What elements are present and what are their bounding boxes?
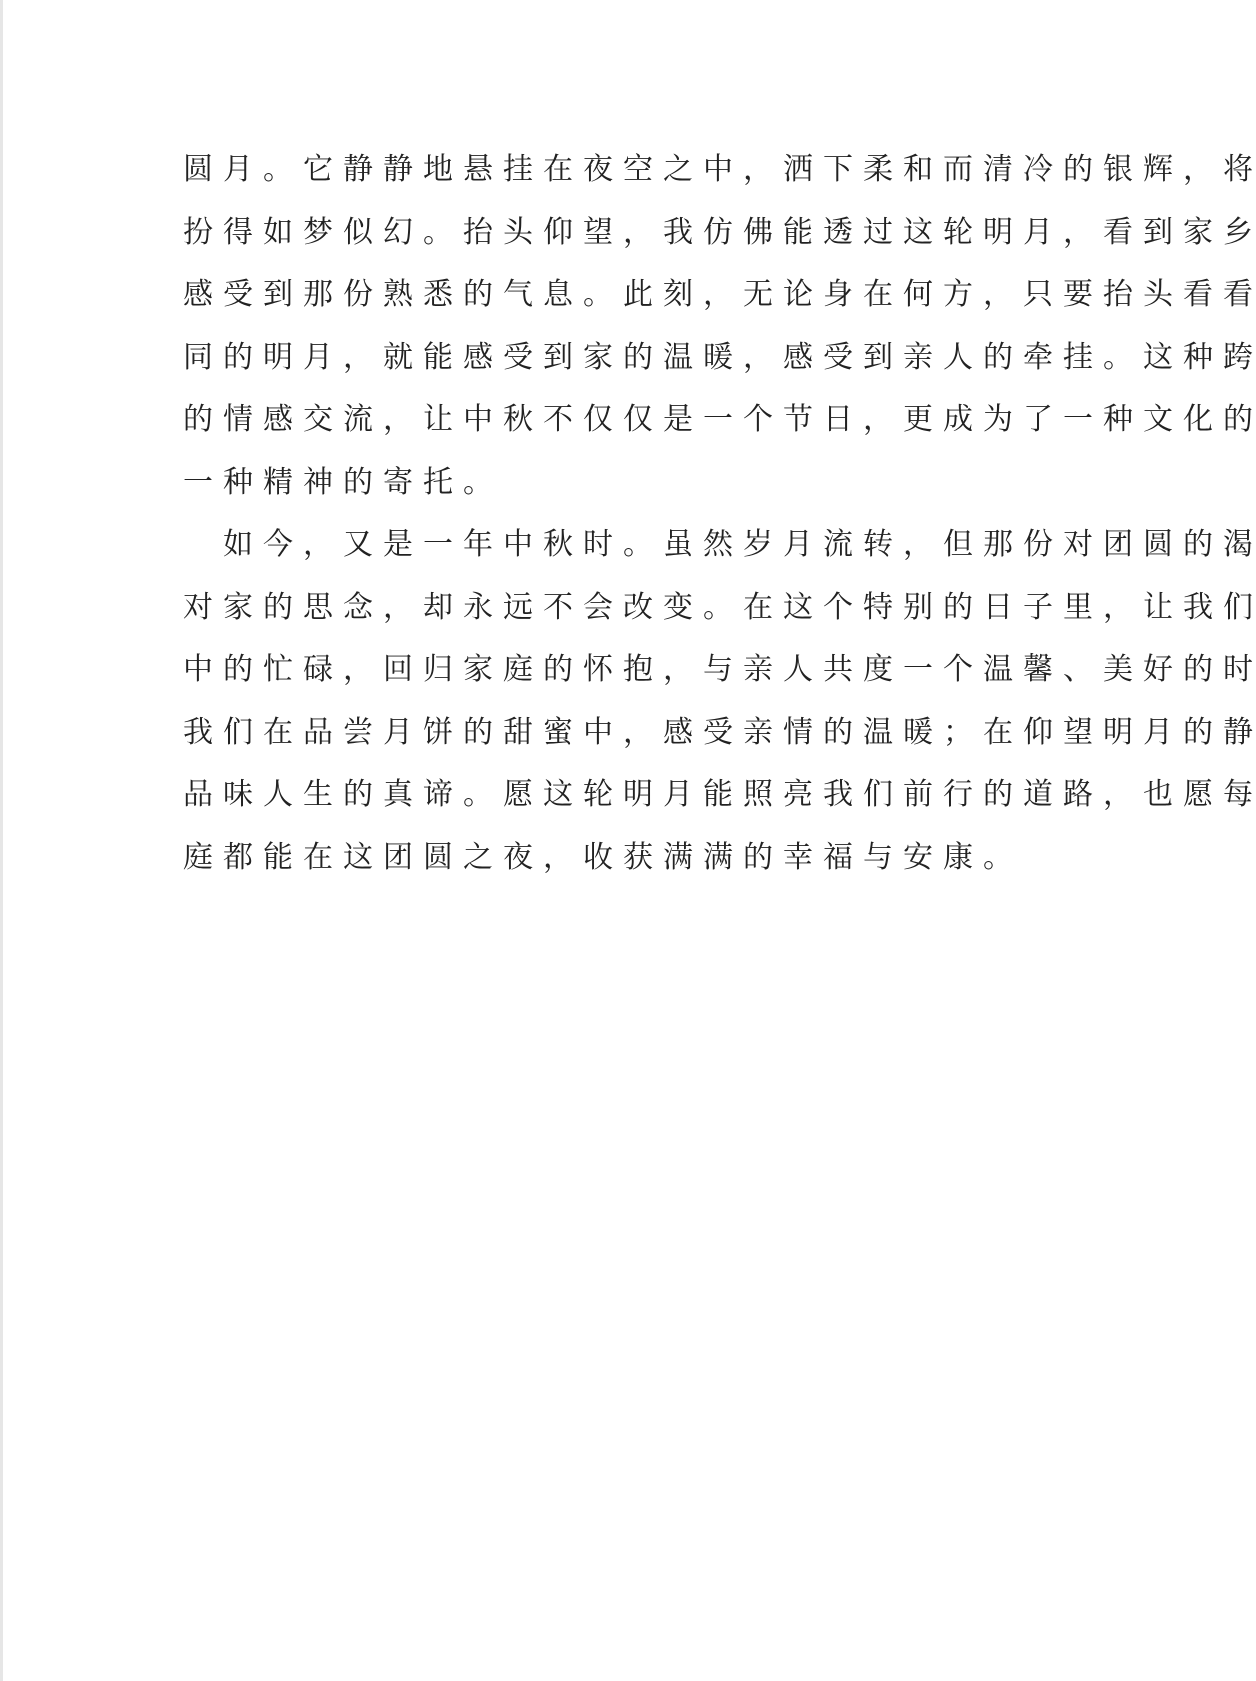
- paragraph-2: 如今，又是一年中秋时。虽然岁月流转，但那份对团圆的渴望， 对家的思念，却永远不会…: [183, 525, 1003, 900]
- text-line: 中的忙碌，回归家庭的怀抱，与亲人共度一个温馨、美好的时光。让: [183, 650, 1003, 713]
- text-line: 圆月。它静静地悬挂在夜空之中，洒下柔和而清冷的银辉，将大地装: [183, 150, 1003, 213]
- text-line: 同的明月，就能感受到家的温暖，感受到亲人的牵挂。这种跨越时空: [183, 338, 1003, 401]
- document-body: 圆月。它静静地悬挂在夜空之中，洒下柔和而清冷的银辉，将大地装 扮得如梦似幻。抬头…: [183, 150, 1003, 900]
- text-line: 一种精神的寄托。: [183, 463, 1003, 526]
- page-left-edge-divider: [0, 0, 3, 1681]
- text-line: 庭都能在这团圆之夜，收获满满的幸福与安康。: [183, 838, 1003, 901]
- text-line: 感受到那份熟悉的气息。此刻，无论身在何方，只要抬头看看那轮共: [183, 275, 1003, 338]
- text-line: 我们在品尝月饼的甜蜜中，感受亲情的温暖；在仰望明月的静谧中，: [183, 713, 1003, 776]
- text-line: 品味人生的真谛。愿这轮明月能照亮我们前行的道路，也愿每一个家: [183, 775, 1003, 838]
- text-line: 扮得如梦似幻。抬头仰望，我仿佛能透过这轮明月，看到家乡的山水，: [183, 213, 1003, 276]
- text-line: 对家的思念，却永远不会改变。在这个特别的日子里，让我们放下手: [183, 588, 1003, 651]
- paragraph-1: 圆月。它静静地悬挂在夜空之中，洒下柔和而清冷的银辉，将大地装 扮得如梦似幻。抬头…: [183, 150, 1003, 525]
- document-page: 圆月。它静静地悬挂在夜空之中，洒下柔和而清冷的银辉，将大地装 扮得如梦似幻。抬头…: [0, 0, 1256, 1681]
- text-line: 的情感交流，让中秋不仅仅是一个节日，更成为了一种文化的纽带，: [183, 400, 1003, 463]
- text-line-indented: 如今，又是一年中秋时。虽然岁月流转，但那份对团圆的渴望，: [183, 525, 1003, 588]
